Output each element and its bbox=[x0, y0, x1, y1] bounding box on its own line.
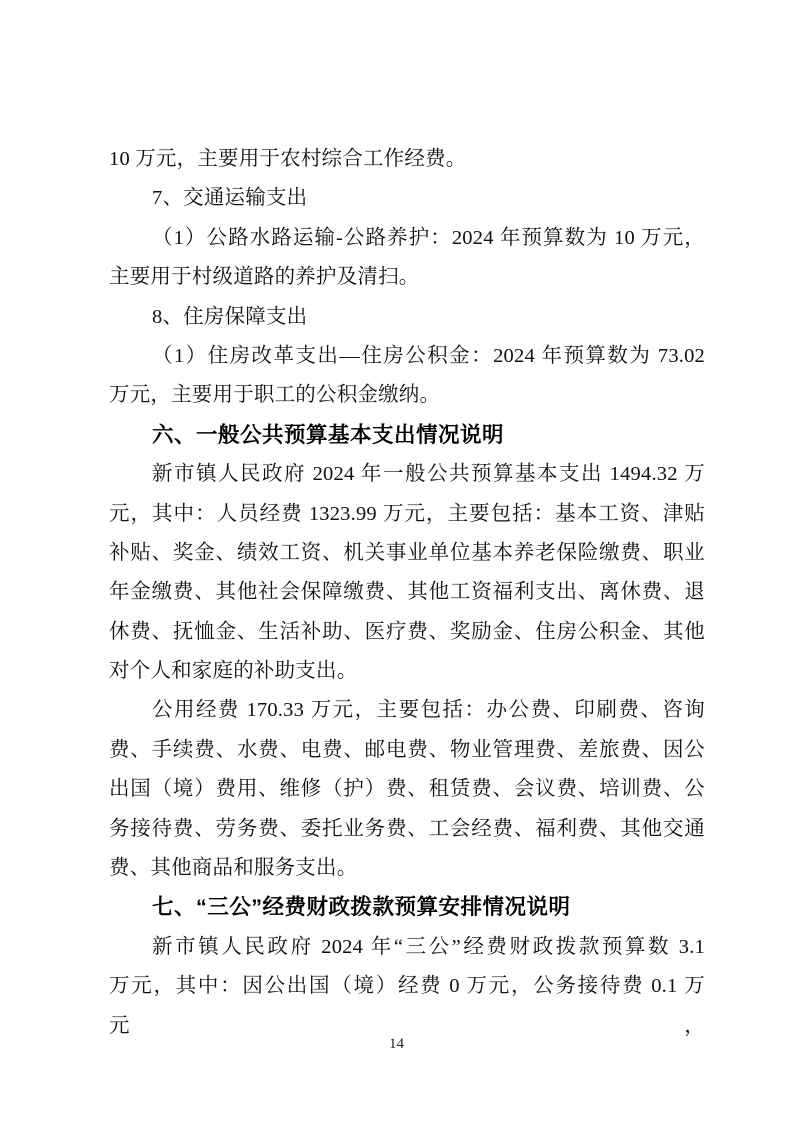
text-line: 补贴、奖金、绩效工资、机关事业单位基本养老保险缴费、职业 bbox=[109, 534, 705, 573]
text-line: 主要用于村级道路的养护及清扫。 bbox=[109, 258, 705, 297]
paragraph: （1）公路水路运输-公路养护：2024 年预算数为 10 万元，主要用于村级道路… bbox=[109, 219, 705, 298]
text-line: （1）公路水路运输-公路养护：2024 年预算数为 10 万元， bbox=[109, 219, 705, 258]
paragraph: 10 万元，主要用于农村综合工作经费。 bbox=[109, 140, 705, 179]
text-line: 万元，其中：因公出国（境）经费 0 万元，公务接待费 0.1 万元， bbox=[109, 967, 705, 1006]
text-line: 元，其中：人员经费 1323.99 万元，主要包括：基本工资、津贴 bbox=[109, 495, 705, 534]
text-line: 新市镇人民政府 2024 年“三公”经费财政拨款预算数 3.1 bbox=[109, 928, 705, 967]
paragraph: （1）住房改革支出—住房公积金：2024 年预算数为 73.02万元，主要用于职… bbox=[109, 337, 705, 416]
paragraph: 公用经费 170.33 万元，主要包括：办公费、印刷费、咨询费、手续费、水费、电… bbox=[109, 691, 705, 888]
text-line: 公用经费 170.33 万元，主要包括：办公费、印刷费、咨询 bbox=[109, 691, 705, 730]
paragraph: 8、住房保障支出 bbox=[109, 298, 705, 337]
paragraph: 7、交通运输支出 bbox=[109, 179, 705, 218]
text-line: 费、其他商品和服务支出。 bbox=[109, 849, 705, 888]
document-page: 10 万元，主要用于农村综合工作经费。7、交通运输支出（1）公路水路运输-公路养… bbox=[0, 0, 793, 1122]
text-line: 出国（境）费用、维修（护）费、租赁费、会议费、培训费、公 bbox=[109, 770, 705, 809]
text-line: 10 万元，主要用于农村综合工作经费。 bbox=[109, 140, 705, 179]
text-line: 年金缴费、其他社会保障缴费、其他工资福利支出、离休费、退 bbox=[109, 573, 705, 612]
section-heading: 六、一般公共预算基本支出情况说明 bbox=[109, 416, 705, 455]
text-line: 六、一般公共预算基本支出情况说明 bbox=[109, 416, 705, 455]
text-line: 对个人和家庭的补助支出。 bbox=[109, 652, 705, 691]
text-line: 8、住房保障支出 bbox=[109, 298, 705, 337]
text-line: 七、“三公”经费财政拨款预算安排情况说明 bbox=[109, 888, 705, 927]
text-line: 休费、抚恤金、生活补助、医疗费、奖励金、住房公积金、其他 bbox=[109, 613, 705, 652]
paragraph: 新市镇人民政府 2024 年一般公共预算基本支出 1494.32 万元，其中：人… bbox=[109, 455, 705, 691]
text-line: 万元，主要用于职工的公积金缴纳。 bbox=[109, 376, 705, 415]
text-line: （1）住房改革支出—住房公积金：2024 年预算数为 73.02 bbox=[109, 337, 705, 376]
section-heading: 七、“三公”经费财政拨款预算安排情况说明 bbox=[109, 888, 705, 927]
document-body: 10 万元，主要用于农村综合工作经费。7、交通运输支出（1）公路水路运输-公路养… bbox=[109, 140, 705, 1007]
text-line: 7、交通运输支出 bbox=[109, 179, 705, 218]
text-line: 务接待费、劳务费、委托业务费、工会经费、福利费、其他交通 bbox=[109, 810, 705, 849]
text-line: 新市镇人民政府 2024 年一般公共预算基本支出 1494.32 万 bbox=[109, 455, 705, 494]
page-number: 14 bbox=[0, 1034, 793, 1054]
text-line: 费、手续费、水费、电费、邮电费、物业管理费、差旅费、因公 bbox=[109, 731, 705, 770]
paragraph: 新市镇人民政府 2024 年“三公”经费财政拨款预算数 3.1万元，其中：因公出… bbox=[109, 928, 705, 1007]
